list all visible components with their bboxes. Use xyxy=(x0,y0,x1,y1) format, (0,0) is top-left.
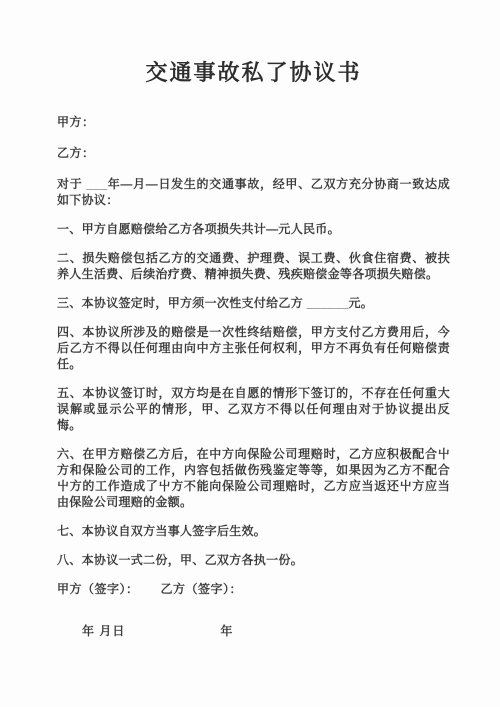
party-a-line: 甲方： xyxy=(57,114,450,130)
party-b-line: 乙方： xyxy=(57,145,450,161)
party-b-date-line: 年 xyxy=(220,624,233,638)
clause-8: 八、本协议一式二份，甲、乙双方各执一份。 xyxy=(57,552,450,568)
date-row: 年 月日年 xyxy=(57,623,450,639)
clause-1: 一、甲方自愿赔偿给乙方各项损失共计—元人民币。 xyxy=(57,221,450,237)
clause-2: 二、损失赔偿包括乙方的交通费、护理费、误工费、伙食住宿费、被扶养人生活费、后续治… xyxy=(57,250,450,282)
party-a-signature-label: 甲方（签字）： xyxy=(57,582,139,596)
signature-row: 甲方（签字）：乙方（签字）： xyxy=(57,581,450,597)
party-a-date-line: 年 月日 xyxy=(82,624,125,638)
intro-paragraph: 对于 ___年—月—日发生的交通事故，经甲、乙双方充分协商一致达成如下协议： xyxy=(57,176,450,208)
clause-5: 五、本协议签订时，双方均是在自愿的情形下签订的，不存在任何重大误解或显示公平的情… xyxy=(57,385,450,433)
clause-7: 七、本协议自双方当事人签字后生效。 xyxy=(57,523,450,539)
party-b-signature-label: 乙方（签字）： xyxy=(161,582,243,596)
clause-3: 三、本协议签定时，甲方须一次性支付给乙方 ______元。 xyxy=(57,295,450,311)
clause-6: 六、在甲方赔偿乙方后，在中方向保险公司理赔时，乙方应积极配合屮方和保险公司的工作… xyxy=(57,446,450,510)
document-title: 交通事故私了协议书 xyxy=(57,60,450,86)
document-page: 交通事故私了协议书 甲方： 乙方： 对于 ___年—月—日发生的交通事故，经甲、… xyxy=(0,0,500,707)
clause-4: 四、本协议所涉及的赔偿是一次性终结赔偿，甲方支付乙方费用后，今后乙方不得以任何理… xyxy=(57,324,450,372)
